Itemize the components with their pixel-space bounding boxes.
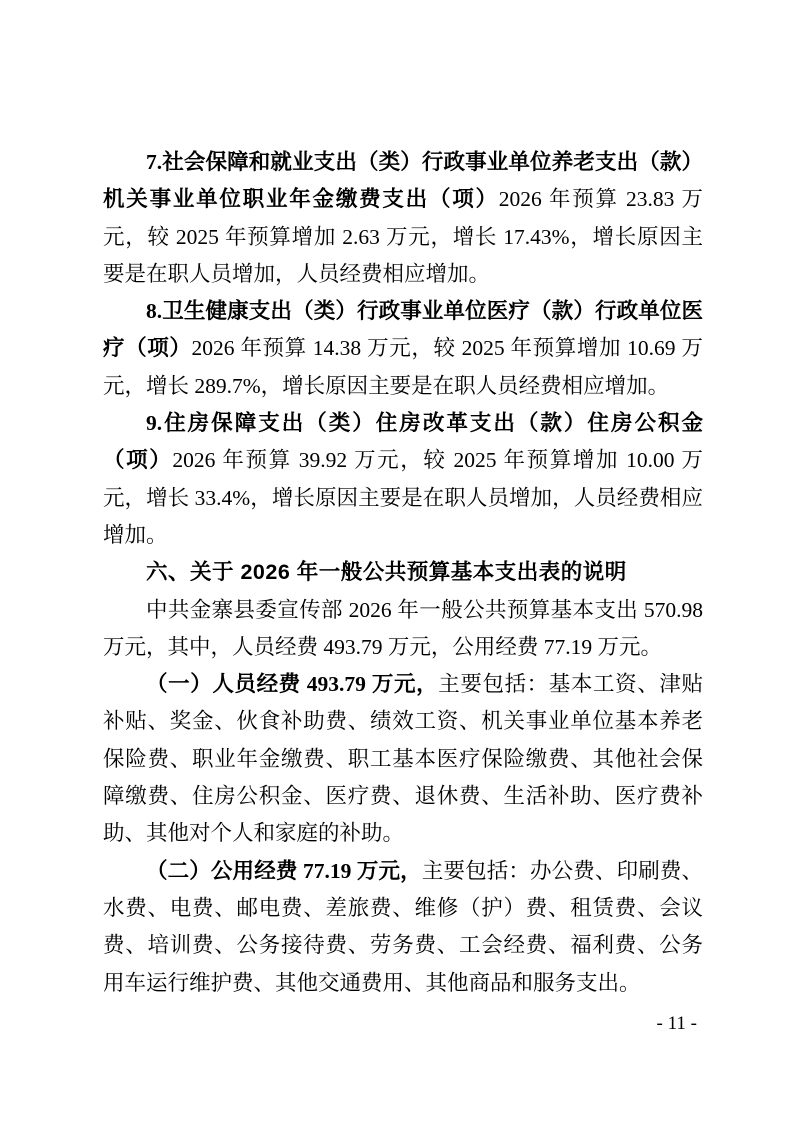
page-number: - 11 -: [657, 1012, 697, 1036]
paragraph-item-8: 8.卫生健康支出（类）行政事业单位医疗（款）行政单位医疗（项）2026 年预算 …: [103, 293, 703, 405]
sub-paragraph-personnel: （一）人员经费 493.79 万元，主要包括：基本工资、津贴补贴、奖金、伙食补助…: [103, 666, 703, 852]
sub-paragraph-public-heading: （二）公用经费 77.19 万元，: [146, 859, 422, 883]
sub-paragraph-personnel-text: 主要包括：基本工资、津贴补贴、奖金、伙食补助费、绩效工资、机关事业单位基本养老保…: [103, 672, 703, 845]
sub-paragraph-public: （二）公用经费 77.19 万元，主要包括：办公费、印刷费、水费、电费、邮电费、…: [103, 853, 703, 1002]
paragraph-item-8-text: 2026 年预算 14.38 万元，较 2025 年预算增加 10.69 万元，…: [103, 336, 703, 397]
paragraph-item-9-text: 2026 年预算 39.92 万元，较 2025 年预算增加 10.00 万元，…: [103, 448, 703, 547]
section-heading-six: 六、关于 2026 年一般公共预算基本支出表的说明: [103, 554, 703, 591]
intro-paragraph: 中共金寨县委宣传部 2026 年一般公共预算基本支出 570.98 万元，其中，…: [103, 592, 703, 667]
document-body: 7.社会保障和就业支出（类）行政事业单位养老支出（款）机关事业单位职业年金缴费支…: [103, 144, 703, 1002]
paragraph-item-9: 9.住房保障支出（类）住房改革支出（款）住房公积金（项）2026 年预算 39.…: [103, 405, 703, 554]
sub-paragraph-personnel-heading: （一）人员经费 493.79 万元，: [146, 672, 438, 696]
paragraph-item-7: 7.社会保障和就业支出（类）行政事业单位养老支出（款）机关事业单位职业年金缴费支…: [103, 144, 703, 293]
document-page: 7.社会保障和就业支出（类）行政事业单位养老支出（款）机关事业单位职业年金缴费支…: [0, 0, 793, 1122]
